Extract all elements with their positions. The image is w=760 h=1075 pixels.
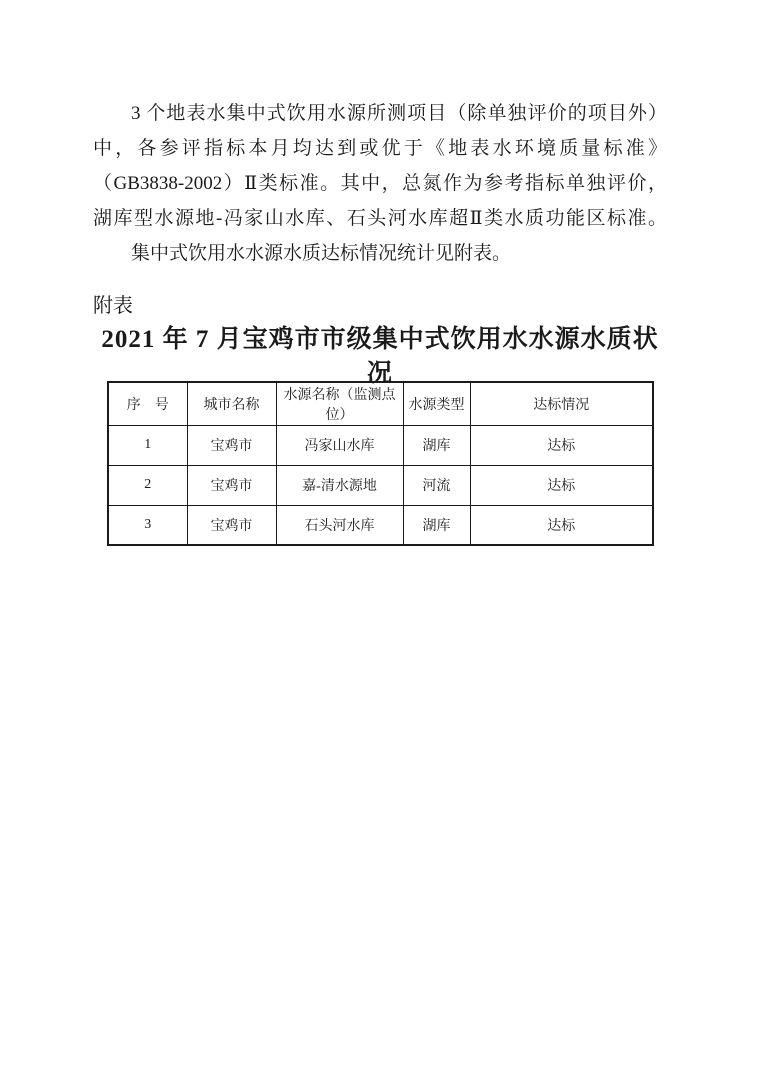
header-cell-city: 城市名称 [187,382,276,425]
cell-status: 达标 [470,465,653,505]
paragraph-line: 湖库型水源地-冯家山水库、石头河水库超Ⅱ类水质功能区标准。 [93,201,667,236]
cell-city: 宝鸡市 [187,465,276,505]
header-cell-source: 水源名称（监测点位） [276,382,403,425]
cell-status: 达标 [470,425,653,465]
cell-seq: 1 [108,425,187,465]
paragraph-line: 集中式饮用水水源水质达标情况统计见附表。 [93,236,667,271]
cell-status: 达标 [470,505,653,545]
cell-type: 河流 [403,465,470,505]
table-header-row: 序 号 城市名称 水源名称（监测点位） 水源类型 达标情况 [108,382,653,425]
cell-seq: 3 [108,505,187,545]
header-cell-type: 水源类型 [403,382,470,425]
document-page: 3 个地表水集中式饮用水源所测项目（除单独评价的项目外） 中，各参评指标本月均达… [0,0,760,1075]
cell-seq: 2 [108,465,187,505]
paragraph-line: 中，各参评指标本月均达到或优于《地表水环境质量标准》 [93,131,667,166]
cell-source: 嘉-清水源地 [276,465,403,505]
cell-source: 石头河水库 [276,505,403,545]
cell-source: 冯家山水库 [276,425,403,465]
header-cell-seq: 序 号 [108,382,187,425]
header-cell-status: 达标情况 [470,382,653,425]
cell-type: 湖库 [403,505,470,545]
table-row: 2 宝鸡市 嘉-清水源地 河流 达标 [108,465,653,505]
paragraph-line: 3 个地表水集中式饮用水源所测项目（除单独评价的项目外） [93,96,667,131]
annex-label: 附表 [93,292,133,320]
cell-city: 宝鸡市 [187,505,276,545]
table-row: 3 宝鸡市 石头河水库 湖库 达标 [108,505,653,545]
table-row: 1 宝鸡市 冯家山水库 湖库 达标 [108,425,653,465]
water-quality-table: 序 号 城市名称 水源名称（监测点位） 水源类型 达标情况 1 宝鸡市 冯家山水… [107,381,654,546]
cell-type: 湖库 [403,425,470,465]
body-paragraph: 3 个地表水集中式饮用水源所测项目（除单独评价的项目外） 中，各参评指标本月均达… [93,96,667,271]
paragraph-line: （GB3838-2002）Ⅱ类标准。其中，总氮作为参考指标单独评价， [93,166,667,201]
cell-city: 宝鸡市 [187,425,276,465]
